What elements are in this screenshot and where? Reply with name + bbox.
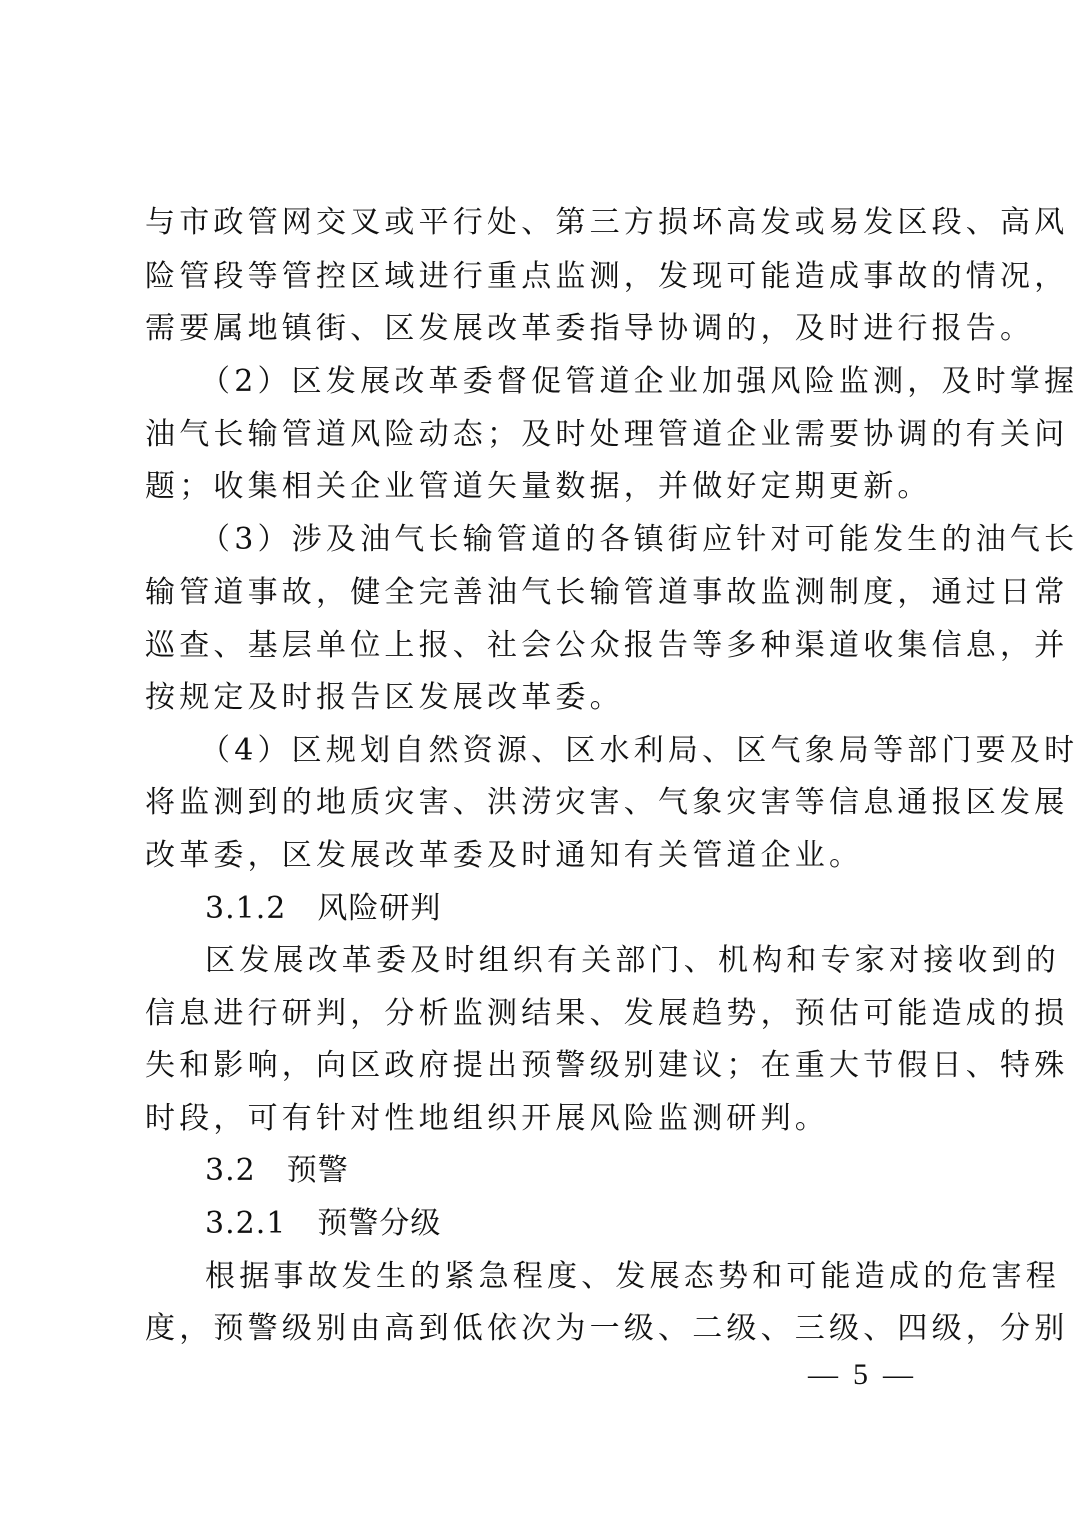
list-item-3-line: （3）涉及油气长输管道的各镇街应针对可能发生的油气长 <box>200 520 930 560</box>
section-heading-3-2: 3.2 预警 <box>205 1151 935 1191</box>
list-item-4-line: （4）区规划自然资源、区水利局、区气象局等部门要及时 <box>200 731 930 771</box>
paragraph-line: 与市政管网交叉或平行处、第三方损坏高发或易发区段、高风 <box>145 203 935 243</box>
list-item-2-line: （2）区发展改革委督促管道企业加强风险监测，及时掌握 <box>200 362 930 402</box>
paragraph-line: 题；收集相关企业管道矢量数据，并做好定期更新。 <box>145 467 935 507</box>
paragraph-line: 油气长输管道风险动态；及时处理管道企业需要协调的有关问 <box>145 415 935 455</box>
paragraph-line: 按规定及时报告区发展改革委。 <box>145 678 935 718</box>
paragraph-line: 失和影响，向区政府提出预警级别建议；在重大节假日、特殊 <box>145 1046 935 1086</box>
paragraph-line: 度，预警级别由高到低依次为一级、二级、三级、四级，分别 <box>145 1309 935 1349</box>
paragraph-line: 将监测到的地质灾害、洪涝灾害、气象灾害等信息通报区发展 <box>145 783 935 823</box>
page-number: — 5 — <box>808 1358 913 1392</box>
section-heading-3-1-2: 3.1.2 风险研判 <box>205 889 935 929</box>
paragraph-line: 区发展改革委及时组织有关部门、机构和专家对接收到的 <box>205 941 935 981</box>
paragraph-line: 险管段等管控区域进行重点监测，发现可能造成事故的情况， <box>145 257 935 297</box>
paragraph-line: 改革委，区发展改革委及时通知有关管道企业。 <box>145 836 935 876</box>
paragraph-line: 巡查、基层单位上报、社会公众报告等多种渠道收集信息，并 <box>145 626 935 666</box>
section-heading-3-2-1: 3.2.1 预警分级 <box>205 1204 935 1244</box>
paragraph-line: 时段，可有针对性地组织开展风险监测研判。 <box>145 1099 935 1139</box>
paragraph-line: 信息进行研判，分析监测结果、发展趋势，预估可能造成的损 <box>145 994 935 1034</box>
paragraph-line: 输管道事故，健全完善油气长输管道事故监测制度，通过日常 <box>145 573 935 613</box>
paragraph-line: 需要属地镇街、区发展改革委指导协调的，及时进行报告。 <box>145 309 935 349</box>
document-page: 与市政管网交叉或平行处、第三方损坏高发或易发区段、高风 险管段等管控区域进行重点… <box>0 0 1076 1520</box>
paragraph-line: 根据事故发生的紧急程度、发展态势和可能造成的危害程 <box>205 1257 935 1297</box>
